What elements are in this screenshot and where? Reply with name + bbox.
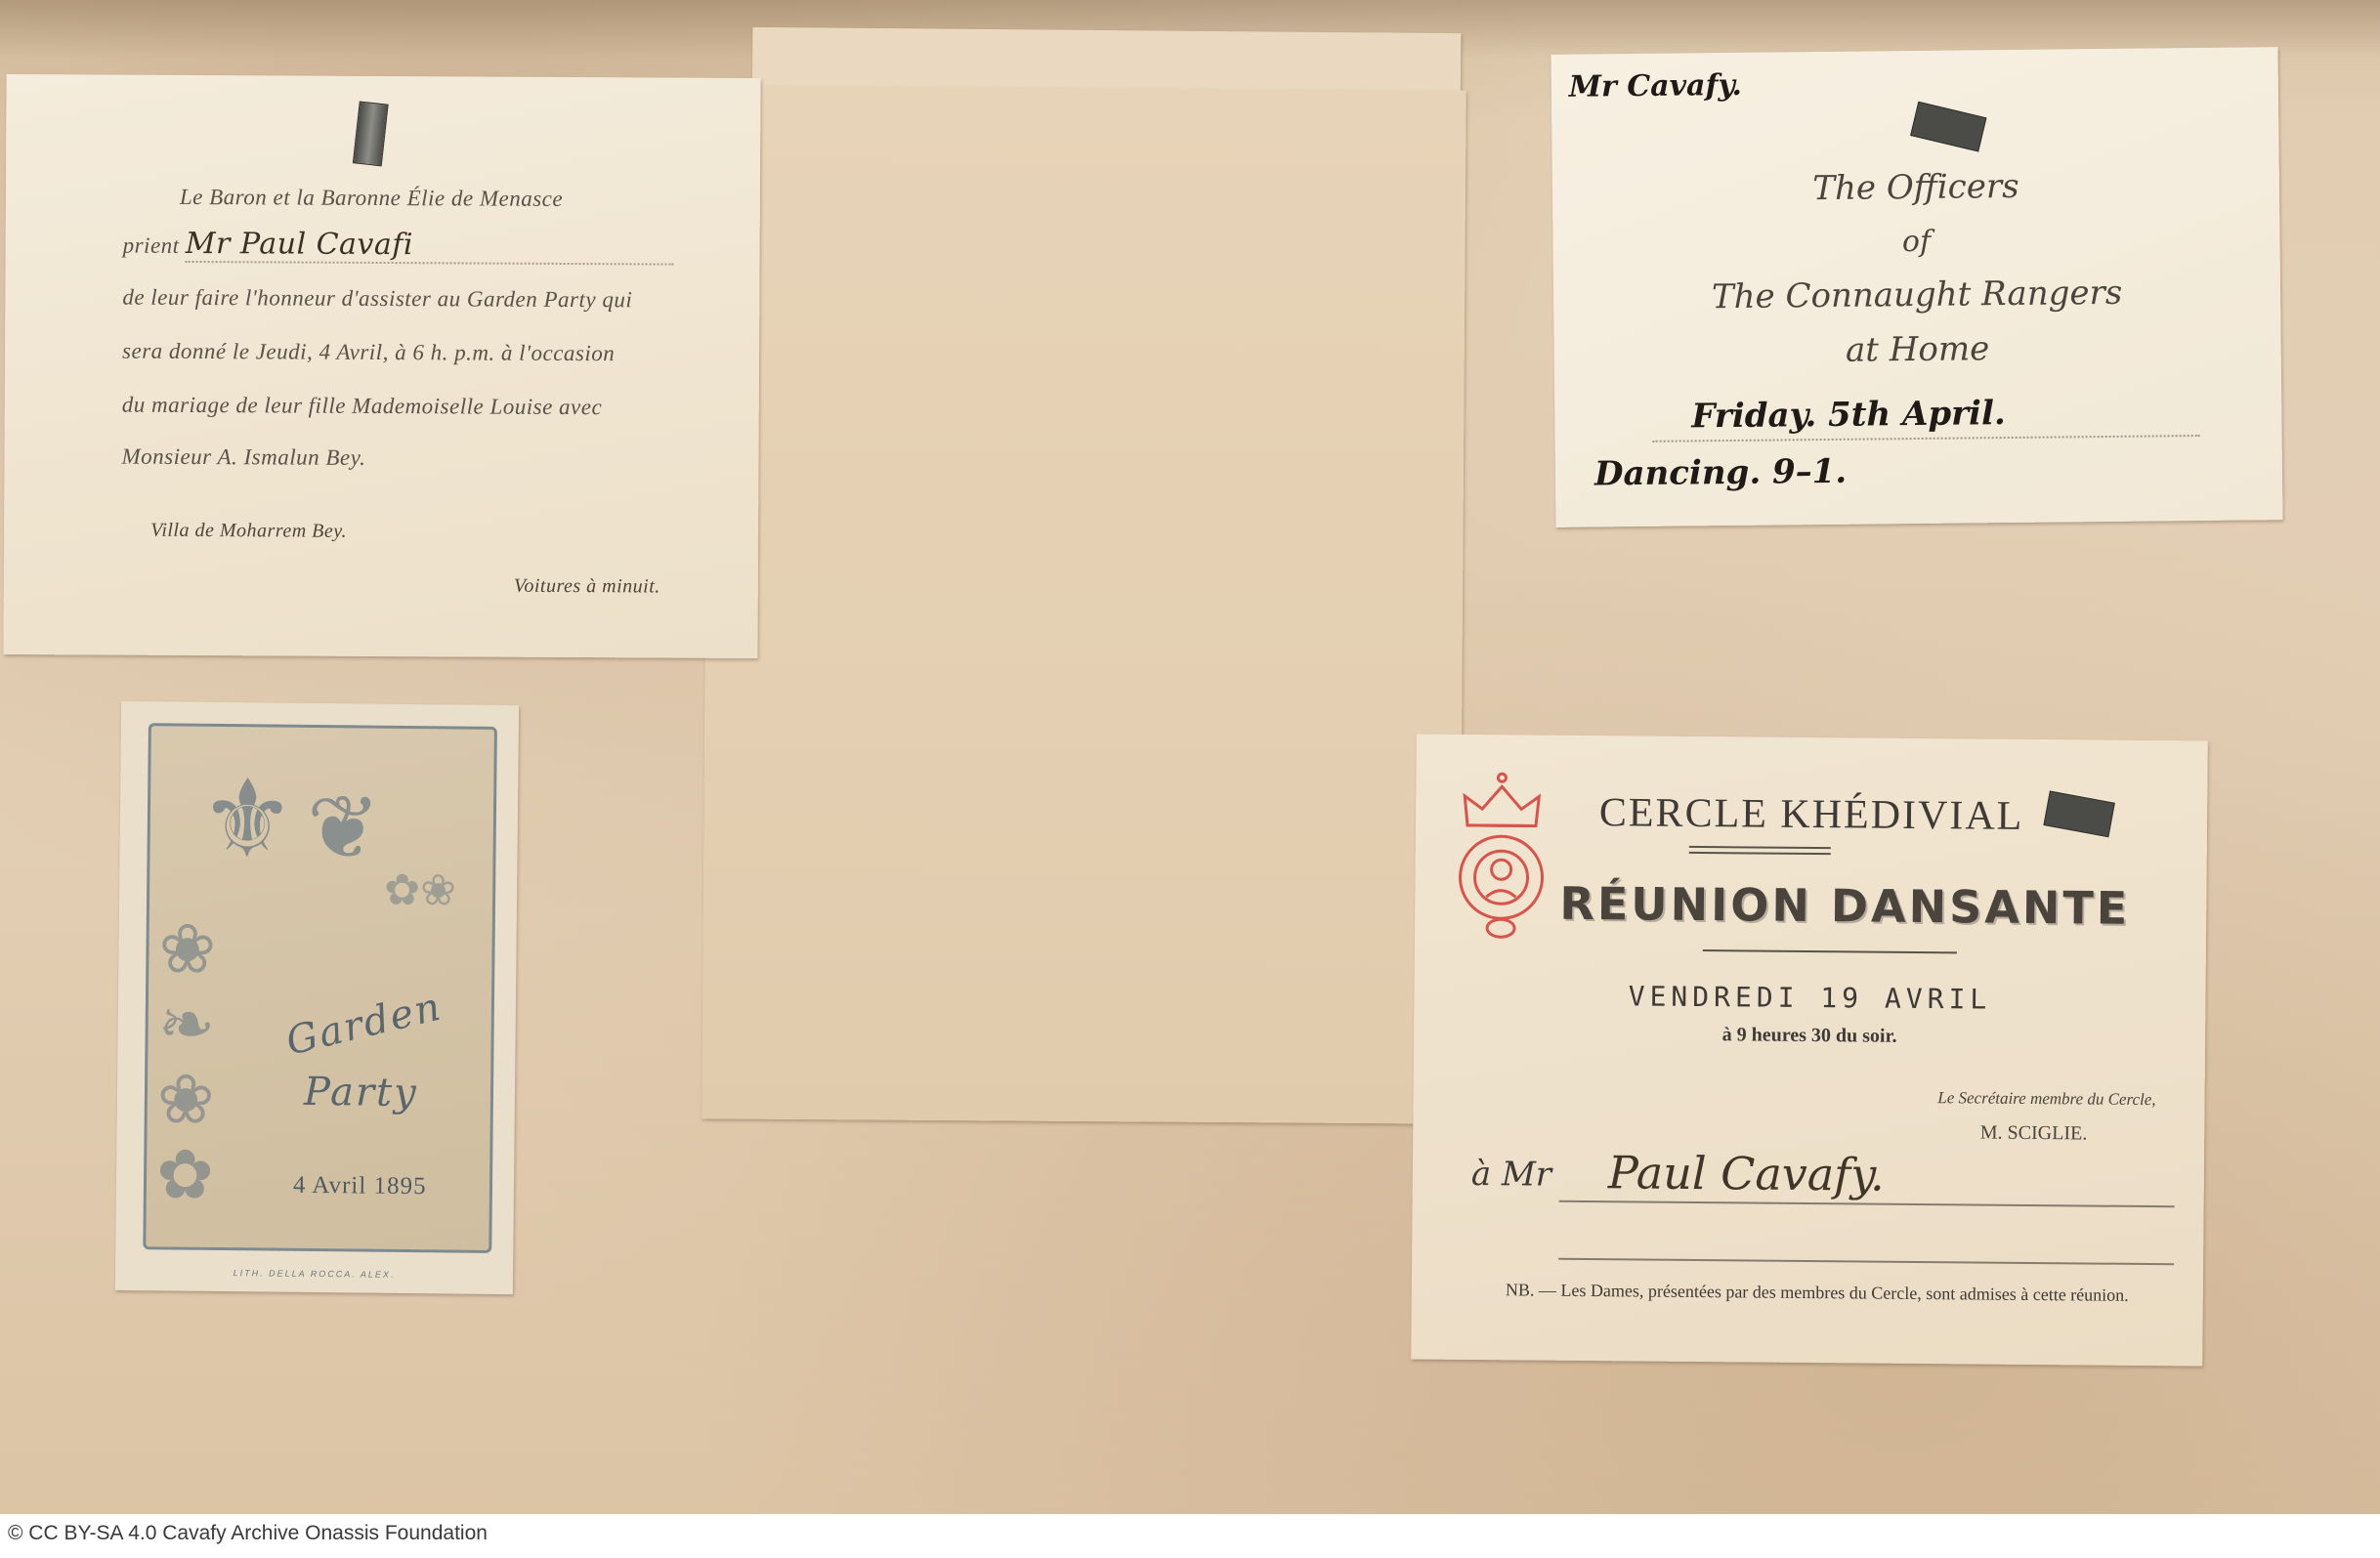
handwritten-addressee: Paul Cavafy. — [1608, 1146, 1885, 1200]
invitation-line-regiment: The Connaught Rangers — [1553, 272, 2280, 318]
ladies-note: NB. — Les Dames, présentées par des memb… — [1470, 1277, 2164, 1308]
double-rule — [1689, 846, 1831, 849]
metal-clip-icon — [353, 101, 389, 166]
menasce-invitation-card: Le Baron et la Baronne Élie de Menasce p… — [3, 74, 760, 658]
invitation-prient: prient — [123, 233, 180, 258]
invitation-carriages-note: Voitures à minuit. — [514, 575, 660, 599]
scroll-ornament-icon: ❦ — [306, 777, 381, 880]
metal-clip-icon — [1910, 102, 1986, 152]
event-time: à 9 heures 30 du soir. — [1414, 1021, 2205, 1050]
garden-party-card: ⚜ ❦ ❀❧❀✿ ✿❀ Garden Party 4 Avril 1895 LI… — [115, 701, 519, 1294]
double-rule — [1689, 852, 1831, 855]
floral-ornament-icon: ❀❧❀✿ — [156, 911, 217, 1213]
invitation-line-of: of — [1552, 221, 2279, 263]
ornamental-frame: ⚜ ❦ ❀❧❀✿ ✿❀ Garden Party 4 Avril 1895 — [143, 723, 497, 1253]
blank-rule — [1558, 1258, 2174, 1265]
invitation-line-4: sera donné le Jeudi, 4 Avril, à 6 h. p.m… — [122, 339, 661, 367]
invitation-line-2: prient Mr Paul Cavafi — [123, 227, 662, 266]
event-date: VENDREDI 19 AVRIL — [1414, 978, 2205, 1017]
lithographer-credit: LITH. DELLA ROCCA. ALEX. — [115, 1267, 513, 1281]
flower-cluster-icon: ✿❀ — [384, 865, 456, 916]
date-rule — [1653, 435, 2200, 442]
invitation-line-6: Monsieur A. Ismalun Bey. — [121, 444, 660, 473]
invitation-line-5: du mariage de leur fille Mademoiselle Lo… — [122, 393, 661, 421]
star-rule — [1703, 949, 1957, 953]
handwritten-date: Friday. 5th April. — [1691, 394, 2006, 436]
garden-date: 4 Avril 1895 — [293, 1172, 427, 1200]
invitation-line-1: Le Baron et la Baronne Élie de Menasce — [180, 185, 662, 213]
invitation-line-at-home: at Home — [1553, 326, 2280, 373]
coat-of-arms-icon: ⚜ — [198, 756, 296, 882]
invitation-line-3: de leur faire l'honneur d'assister au Ga… — [122, 285, 661, 314]
cercle-khedivial-card: CERCLE KHÉDIVIAL RÉUNION DANSANTE VENDRE… — [1411, 734, 2208, 1366]
club-name: CERCLE KHÉDIVIAL — [1416, 787, 2207, 841]
invitation-venue: Villa de Moharrem Bey. — [150, 520, 660, 545]
event-title: RÉUNION DANSANTE — [1483, 876, 2206, 935]
album-page: Le Baron et la Baronne Élie de Menasce p… — [0, 0, 2380, 1514]
garden-title-2: Party — [304, 1070, 418, 1116]
footer: © CC BY-SA 4.0 Cavafy Archive Onassis Fo… — [0, 1514, 2380, 1558]
addressee-prefix: à Mr — [1471, 1155, 1552, 1195]
handwritten-dancing-time: Dancing. 9–1. — [1594, 452, 1848, 494]
handwritten-addressee: Mr Cavafy. — [1569, 68, 1742, 105]
invitation-line-officers: The Officers — [1552, 164, 2279, 211]
secretary-name: M. SCIGLIE. — [1980, 1122, 2088, 1146]
connaught-rangers-card: Mr Cavafy. The Officers of The Connaught… — [1551, 47, 2282, 527]
addressee-rule — [1559, 1200, 2175, 1207]
license-credit: © CC BY-SA 4.0 Cavafy Archive Onassis Fo… — [8, 1522, 488, 1545]
blank-envelope — [701, 85, 1466, 1123]
garden-title-1: Garden — [282, 984, 446, 1064]
secretary-label: Le Secrétaire membre du Cercle, — [1937, 1088, 2155, 1110]
handwritten-recipient: Mr Paul Cavafi — [186, 227, 413, 262]
